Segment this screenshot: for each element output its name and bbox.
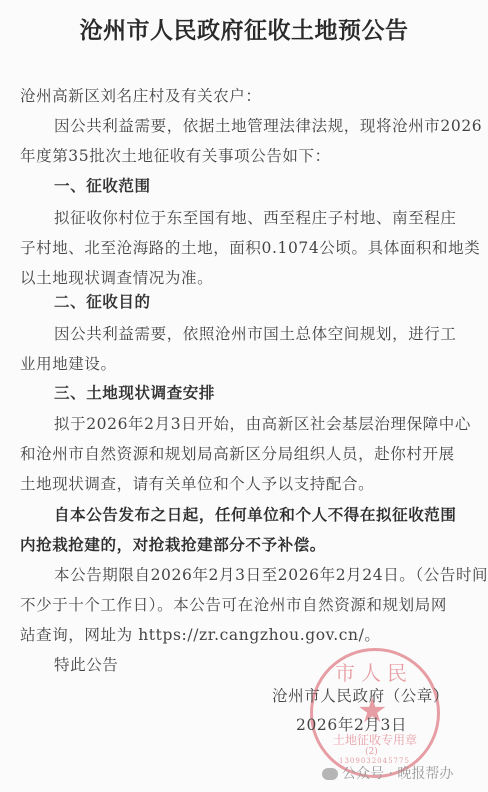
purpose-line-2: 业用地建设。 [20,352,117,374]
intro-line-2: 年度第35批次土地征收有关事项公告如下： [20,144,331,166]
scope-line-2: 子村地、北至沧海路的土地，面积0.1074公顷。具体面积和地类 [20,236,480,258]
period-line-1: 本公告期限自2026年2月3日至2026年2月24日。（公告时间 [54,563,488,585]
purpose-line-1: 因公共利益需要，依照沧州市国土总体空间规划，进行工 [54,322,457,344]
section-heading-survey: 三、土地现状调查安排 [54,381,215,403]
document-title: 沧州市人民政府征收土地预公告 [0,12,488,45]
scope-line-1: 拟征收你村位于东至国有地、西至程庄子村地、南至程庄 [54,206,457,228]
scope-line-3: 以土地现状调查情况为准。 [20,266,213,288]
watermark-text: 公众号 · 晚报帮办 [342,766,453,782]
period-line-3: 站查询，网址为 https://zr.cangzhou.gov.cn/。 [20,623,381,645]
survey-line-2: 和沧州市自然资源和规划局高新区分局组织人员，赴你村开展 [20,442,455,464]
period-line-2: 不少于十个工作日）。本公告可在沧州市自然资源和规划局网 [20,593,447,615]
survey-line-1: 拟于2026年2月3日开始，由高新区社会基层治理保障中心 [54,412,471,434]
wechat-icon [322,768,338,780]
seal-number: (2) [365,747,378,757]
signature: 沧州市人民政府（公章） [272,684,449,706]
section-heading-scope: 一、征收范围 [54,174,151,196]
survey-line-3: 土地现状调查，请有关单位和个人予以支持配合。 [20,472,374,494]
section-heading-purpose: 二、征收目的 [54,290,151,312]
seal-top-text: 市人民 [335,657,413,686]
salutation: 沧州高新区刘名庄村及有关农户： [20,84,262,106]
intro-line-1: 因公共利益需要，依据土地管理法律法规，现将沧州市2026 [54,114,482,136]
closing: 特此公告 [54,653,118,675]
signature-date: 2026年2月3日 [296,713,407,735]
warning-line-2: 内抢栽抢建的，对抢栽抢建部分不予补偿。 [20,533,326,555]
watermark: 公众号 · 晚报帮办 [322,763,453,783]
warning-line-1: 自本公告发布之日起，任何单位和个人不得在拟征收范围 [54,503,457,525]
